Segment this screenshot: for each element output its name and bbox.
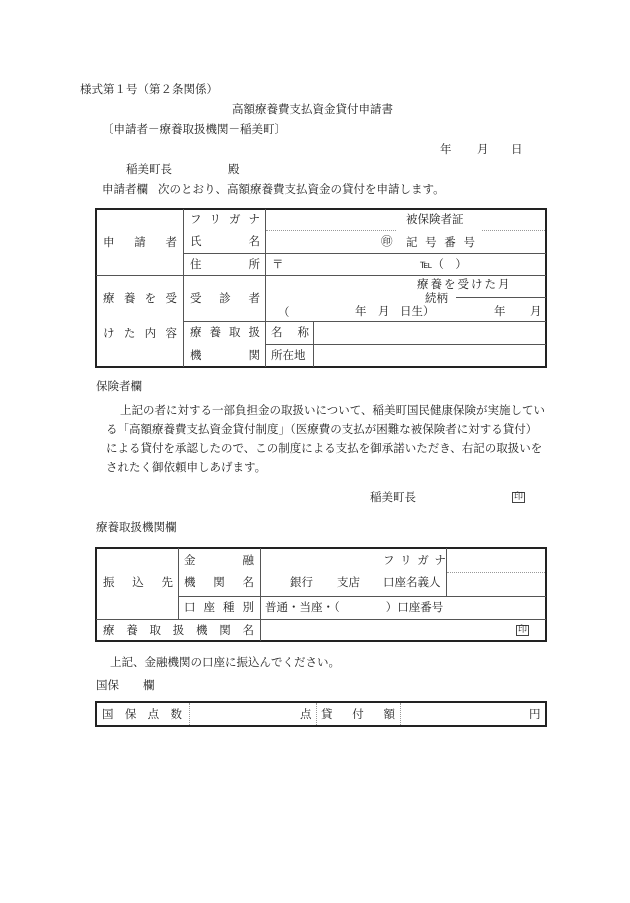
date-year: 年 [440, 144, 452, 156]
divider [183, 253, 546, 254]
transfer-label: 振込先 [103, 577, 173, 589]
loan-unit: 円 [529, 709, 541, 721]
postal-mark: 〒 [272, 259, 284, 271]
divider [260, 548, 261, 641]
divider [183, 321, 546, 322]
divider [96, 275, 546, 276]
addressee: 稲美町長 [126, 164, 172, 176]
insurer-paragraph-line4: されたく御依頼申しあげます。 [106, 462, 266, 474]
birth-open-paren: （ [278, 307, 290, 319]
seal-mark: ㊞ [381, 236, 393, 248]
insurer-paragraph-line2: る「高額療養費支払資金貸付制度」（医療費の支払が困難な被保険者に対する貸付） [106, 424, 537, 436]
insurer-paragraph-line3: による貸付を承認したので、この制度による支払を御承諾いただき、右記の取扱いを [106, 443, 542, 455]
document-subtitle: 〔申請者－療養取扱機関－稲美町〕 [102, 124, 286, 136]
points-unit: 点 [300, 709, 312, 721]
insurer-section-label: 保険者欄 [96, 381, 142, 393]
insurer-seal-icon: 印 [512, 492, 525, 503]
treatment-label-line2: けた内容 [103, 328, 177, 340]
points-label: 国保点数 [102, 709, 182, 721]
holder-label: 口座名義人 [383, 577, 441, 589]
treatment-month: 月 [530, 306, 542, 318]
insurer-paragraph-line1: 上記の者に対する一部負担金の取扱いについて、稲美町国民健康保険が実施してい [120, 405, 545, 417]
account-type-label: 口座種別 [184, 602, 254, 614]
kokuho-label-b: 欄 [143, 680, 155, 692]
patient-label: 受診者 [190, 293, 260, 305]
address-field[interactable] [284, 256, 414, 274]
date-day: 日 [511, 144, 523, 156]
divider [96, 619, 546, 620]
applicant-label: 申請者 [103, 237, 177, 249]
bank-name-field[interactable] [262, 556, 382, 592]
treatment-label-line1: 療養を受 [103, 293, 177, 305]
provider-section-label: 療養取扱機関欄 [96, 522, 177, 534]
provider-name-label: 療養取扱機関名 [103, 625, 254, 637]
name-field[interactable] [266, 231, 396, 252]
divider [183, 209, 184, 367]
address-label: 住所 [190, 259, 260, 271]
transfer-request: 上記、金融機関の口座に振込んでください。 [110, 657, 340, 669]
kokuho-label-a: 国保 [96, 680, 119, 692]
treatment-year: 年 [494, 306, 506, 318]
loan-label: 貸付額 [321, 709, 395, 721]
financial-label-line1: 金融 [184, 555, 254, 567]
tel-label: ℡（ ） [420, 259, 467, 271]
birth-month: 月 [378, 306, 390, 318]
holder-furigana-label: フ リ ガ ナ [383, 555, 447, 567]
date-month: 月 [477, 144, 489, 156]
honorific: 殿 [228, 164, 240, 176]
provider-seal-icon: 印 [516, 625, 529, 636]
holder-furigana-dotted-line [447, 572, 545, 573]
furigana-field[interactable] [266, 213, 396, 229]
name-label: 氏名 [190, 236, 260, 248]
relationship-label: 続柄 [425, 293, 448, 305]
provider-name-field[interactable] [315, 323, 544, 343]
points-field[interactable] [192, 704, 296, 724]
insurance-card-label: 被保険者証 [406, 214, 464, 226]
form-number: 様式第１号（第２条関係） [80, 84, 218, 96]
provider-label-line2: 機関 [190, 350, 260, 362]
provider-location-field[interactable] [315, 346, 544, 366]
divider [400, 703, 401, 725]
treatment-month-label: 療養を受けた月 [417, 279, 512, 291]
insurer-signer: 稲美町長 [370, 492, 416, 504]
applicant-statement: 次のとおり、高額療養費支払資金の貸付を申請します。 [158, 184, 445, 196]
treatment-month-underline [456, 297, 546, 298]
patient-name-field[interactable] [290, 280, 410, 300]
divider [189, 703, 190, 725]
furigana-dotted-line [482, 230, 545, 231]
furigana-label: フリガナ [190, 214, 260, 226]
provider-name-label: 名称 [271, 327, 309, 339]
divider [178, 596, 546, 597]
provider-label-line1: 療養取扱 [190, 327, 260, 339]
divider [265, 344, 546, 345]
divider [178, 548, 179, 619]
loan-amount-field[interactable] [403, 704, 523, 724]
document-title: 高額療養費支払資金貸付申請書 [232, 104, 393, 116]
birth-day: 日生） [400, 306, 435, 318]
provider-location-label: 所在地 [271, 350, 306, 362]
provider-name-field[interactable] [262, 621, 502, 640]
birth-year: 年 [355, 306, 367, 318]
applicant-section-label: 申請者欄 [102, 184, 148, 196]
account-type-value[interactable]: 普通・当座・（ ）口座番号 [265, 602, 443, 614]
financial-label-line2: 機関名 [184, 577, 254, 589]
divider [316, 703, 317, 725]
holder-name-field[interactable] [448, 574, 544, 594]
symbol-number-label: 記 号 番 号 [406, 237, 477, 249]
